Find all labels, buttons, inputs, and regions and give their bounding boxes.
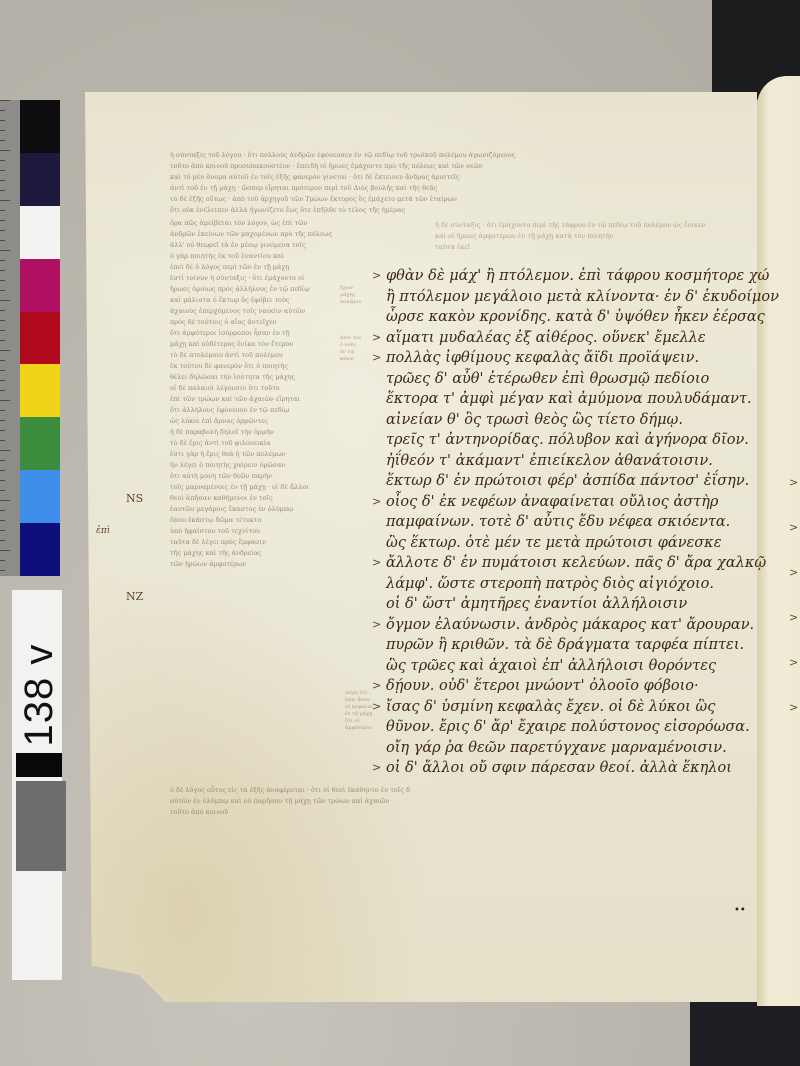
verse-text: ὣς τρῶες καὶ ἀχαιοὶ ἐπ' ἀλλήλοισι θορόντ… bbox=[386, 658, 716, 674]
color-swatch bbox=[20, 417, 60, 470]
ruler-tick bbox=[0, 200, 10, 201]
verse-text: ἄλλοτε δ' ἐν πυμάτοισι κελεύων. πᾶς δ' ἄ… bbox=[386, 555, 766, 571]
ruler-tick bbox=[0, 500, 10, 501]
verse-line: ἢ πτόλεμον μεγάλοιο μετὰ κλίνοντα· ἐν δ'… bbox=[372, 287, 752, 308]
color-swatch bbox=[20, 206, 60, 259]
commentary-line: οἱ δὲ παλαιοὶ λέγουσιν ὅτι τοῦτο bbox=[170, 383, 340, 394]
commentary-line: ἀνδρῶν ἐκείνων τῶν μαχομένων πρὸ τῆς πόλ… bbox=[170, 229, 340, 240]
ruler-tick bbox=[0, 560, 5, 561]
ruler-tick bbox=[0, 240, 5, 241]
commentary-line: ἥρωες ὁμοίως πρὸς ἀλλήλους ἐν τῷ πεδίῳ bbox=[170, 284, 340, 295]
facing-page-marker: > bbox=[789, 656, 798, 669]
verse-line: τρεῖς τ' ἀντηνορίδας. πόλυβον καὶ ἀγήνορ… bbox=[372, 430, 752, 451]
ruler-tick bbox=[0, 190, 5, 191]
verse-text: οἴη γάρ ῥα θεῶν παρετύγχανε μαρναμένοισι… bbox=[386, 740, 727, 756]
verse-line: ἠΐθεόν τ' ἀκάμαντ' ἐπιείκελον ἀθανάτοισι… bbox=[372, 451, 752, 472]
color-calibration-target bbox=[20, 100, 60, 576]
verse-line: ὣς ἕκτωρ. ὁτὲ μέν τε μετὰ πρώτοισι φάνεσ… bbox=[372, 533, 752, 554]
interlinear-gloss: λέγει ὅτιἴσαι ἦσαναἱ κεφαλαὶἐν τῇ μάχῃὅτ… bbox=[345, 690, 373, 732]
color-swatch bbox=[20, 153, 60, 206]
commentary-line: τὸ δὲ πτολέμοιο ἀντὶ τοῦ πολέμου bbox=[170, 350, 340, 361]
diple-marker: > bbox=[372, 328, 381, 349]
facing-page-marker: > bbox=[789, 611, 798, 624]
color-swatch bbox=[20, 312, 60, 365]
verse-text: τρῶες δ' αὖθ' ἑτέρωθεν ἐπὶ θρωσμῷ πεδίοι… bbox=[386, 371, 709, 387]
main-text-block: >φθὰν δὲ μάχ' ἢ πτόλεμον. ἐπὶ τάφρου κοσ… bbox=[372, 266, 752, 779]
color-swatch bbox=[20, 100, 60, 153]
top-commentary-block: ἡ σύνταξις τοῦ λόγου · ὅτι πολλοὺς ἀνδρῶ… bbox=[170, 150, 730, 216]
commentary-line: ὁ δὲ λόγος οὗτος εἰς τὰ ἑξῆς ἀναφέρεται … bbox=[170, 785, 410, 796]
ruler-tick bbox=[0, 260, 5, 261]
ruler-tick bbox=[0, 120, 5, 121]
ruler-tick bbox=[0, 150, 10, 151]
ruler-tick bbox=[0, 520, 5, 521]
commentary-line: αὐτῶν ἐν ὀλύμπῳ καὶ οὐ παρῆσαν τῇ μάχῃ τ… bbox=[170, 796, 410, 807]
commentary-line: ὅπου ἑκάστῳ δῶμα τέτυκτο bbox=[170, 515, 340, 526]
verse-line: λάμφ'. ὥστε στεροπὴ πατρὸς διὸς αἰγιόχοι… bbox=[372, 574, 752, 595]
facing-page-marker: > bbox=[789, 566, 798, 579]
commentary-line: ἀντὶ τοῦ ἐν τῇ μάχῃ · ὥσπερ εἴρηται πρότ… bbox=[170, 183, 730, 194]
folio-label-strip: 138 v bbox=[12, 590, 62, 980]
ruler-tick bbox=[0, 570, 5, 571]
verse-text: οἷος δ' ἐκ νεφέων ἀναφαίνεται οὔλιος ἀστ… bbox=[386, 494, 718, 510]
commentary-line: ἣν λέγει ὁ ποιητὴς χαίρειν ὁρῶσαν bbox=[170, 460, 340, 471]
verse-line: παμφαίνων. τοτὲ δ' αὖτις ἔδυ νέφεα σκιόε… bbox=[372, 512, 752, 533]
ruler-tick bbox=[0, 430, 5, 431]
verse-line: θῦνον. ἔρις δ' ἄρ' ἔχαιρε πολύστονος εἰσ… bbox=[372, 717, 752, 738]
verse-text: οἱ δ' ὥστ' ἀμητῆρες ἐναντίοι ἀλλήλοισιν bbox=[386, 596, 687, 612]
ruler-tick bbox=[0, 320, 5, 321]
verse-text: ἠΐθεόν τ' ἀκάμαντ' ἐπιείκελον ἀθανάτοισι… bbox=[386, 453, 713, 469]
commentary-line: ὅτι οὐκ ἐνέλειπεν ἀλλὰ ἠγωνίζετο ἕως ὅτε… bbox=[170, 205, 730, 216]
facing-page-marker: > bbox=[789, 476, 798, 489]
commentary-line: τοῦτο ἀπὸ κοινοῦ bbox=[170, 807, 410, 818]
color-swatch bbox=[20, 364, 60, 417]
ruler-tick bbox=[0, 530, 5, 531]
commentary-line: ἡ δὲ παραβολὴ δηλοῖ τὴν ὁρμήν bbox=[170, 427, 340, 438]
ruler-tick bbox=[0, 390, 5, 391]
ruler-tick bbox=[0, 480, 5, 481]
commentary-line: ἐστὶ τοίνυν ἡ σύνταξις · ὅτι ἐμάχοντο οἱ bbox=[170, 273, 340, 284]
ruler-tick bbox=[0, 550, 10, 551]
facing-page-marker: > bbox=[789, 701, 798, 714]
verse-text: δῄουν. οὐδ' ἕτεροι μνώοντ' ὀλοοῖο φόβοιο… bbox=[386, 678, 699, 694]
commentary-line: ὅτι ἀλλήλους ἐφόνευον ἐν τῷ πεδίῳ bbox=[170, 405, 340, 416]
ruler-tick bbox=[0, 220, 5, 221]
ruler-tick bbox=[0, 490, 5, 491]
commentary-line: ὡς λύκοι ἐπὶ ἄρνας ὁρμῶντες bbox=[170, 416, 340, 427]
diple-marker: > bbox=[372, 492, 381, 513]
margin-note-ns: NS bbox=[126, 492, 143, 505]
verse-line: οἴη γάρ ῥα θεῶν παρετύγχανε μαρναμένοισι… bbox=[372, 738, 752, 759]
ruler-tick bbox=[0, 420, 5, 421]
diple-marker: > bbox=[372, 553, 381, 574]
commentary-line: ἐπεὶ δὲ ὁ λόγος περὶ τῶν ἐν τῇ μάχῃ bbox=[170, 262, 340, 273]
interlinear-gloss: ἔχωνμάχηςπολέμου bbox=[340, 285, 361, 306]
commentary-line: πρὸς δὲ τούτοις ὁ αἴας ἀντεῖχεν bbox=[170, 317, 340, 328]
ruler-tick bbox=[0, 510, 5, 511]
verse-line: >πολλὰς ἰφθίμους κεφαλὰς ἄϊδι προϊάψειν. bbox=[372, 348, 752, 369]
ruler-tick bbox=[0, 350, 10, 351]
diple-marker: > bbox=[372, 348, 381, 369]
diple-marker: > bbox=[372, 615, 381, 636]
verse-text: αἰνείαν θ' ὃς τρωσὶ θεὸς ὣς τίετο δήμῳ. bbox=[386, 412, 683, 428]
diple-marker: > bbox=[372, 676, 381, 697]
commentary-line: καὶ μάλιστα ὁ ἕκτωρ ὃς ἐφόβει τοὺς bbox=[170, 295, 340, 306]
gloss-block-top: ἡ δὲ σύνταξις · ὅτι ἐμάχοντο περὶ τῆς τά… bbox=[435, 220, 725, 253]
commentary-line: τὸ δὲ ἑξῆς οὕτως · ἀπὸ τοῦ ἀρχηγοῦ τῶν Τ… bbox=[170, 194, 730, 205]
ruler-tick bbox=[0, 300, 10, 301]
verse-line: >δῄουν. οὐδ' ἕτεροι μνώοντ' ὀλοοῖο φόβοι… bbox=[372, 676, 752, 697]
ruler-tick bbox=[0, 160, 5, 161]
commentary-line: μάχῃ καὶ οὐδέτερος ἐνίκα τὸν ἕτερον bbox=[170, 339, 340, 350]
commentary-line: ἀχαιοὺς ἐπερχόμενος τοῖς ναυσὶν αὐτῶν bbox=[170, 306, 340, 317]
ruler-tick bbox=[0, 130, 5, 131]
commentary-line: ἐκ τούτου δὲ φανερὸν ὅτι ὁ ποιητὴς bbox=[170, 361, 340, 372]
ruler-tick bbox=[0, 450, 10, 451]
ink-dots: •• bbox=[734, 905, 746, 916]
color-swatch bbox=[20, 259, 60, 312]
verse-line: >ἴσας δ' ὑσμίνη κεφαλὰς ἔχεν. οἱ δὲ λύκο… bbox=[372, 697, 752, 718]
commentary-line: ὅρα πῶς ἀμείβεται τὸν λόγον, ὡς ἐπὶ τῶν bbox=[170, 218, 340, 229]
folio-number: 138 v bbox=[14, 640, 64, 750]
ruler-tick bbox=[0, 210, 5, 211]
verse-line: οἱ δ' ὥστ' ἀμητῆρες ἐναντίοι ἀλλήλοισιν bbox=[372, 594, 752, 615]
verse-text: φθὰν δὲ μάχ' ἢ πτόλεμον. ἐπὶ τάφρου κοσμ… bbox=[386, 268, 769, 284]
bottom-commentary-block: ὁ δὲ λόγος οὗτος εἰς τὰ ἑξῆς ἀναφέρεται … bbox=[170, 785, 410, 818]
verse-text: παμφαίνων. τοτὲ δ' αὖτις ἔδυ νέφεα σκιόε… bbox=[386, 514, 730, 530]
commentary-line: τοῦτο ἀπὸ κοινοῦ προσυπακουστέον · ἐπειδ… bbox=[170, 161, 730, 172]
ruler-tick bbox=[0, 370, 5, 371]
commentary-line: τὸ δὲ ἔρις ἀντὶ τοῦ φιλονεικία bbox=[170, 438, 340, 449]
commentary-line: ὅτι ἀμφότεροι ἰσόρροποι ἦσαν ἐν τῇ bbox=[170, 328, 340, 339]
verse-text: ὦρσε κακὸν κρονίδης. κατὰ δ' ὑψόθεν ἧκεν… bbox=[386, 309, 765, 325]
commentary-line: θεοὶ ἀπῆσαν καθήμενοι ἐν τοῖς bbox=[170, 493, 340, 504]
ruler-tick bbox=[0, 380, 5, 381]
commentary-line: τοῖς μαρναμένοις ἐν τῇ μάχῃ · οἱ δὲ ἄλλο… bbox=[170, 482, 340, 493]
verse-text: ὣς ἕκτωρ. ὁτὲ μέν τε μετὰ πρώτοισι φάνεσ… bbox=[386, 535, 721, 551]
verse-text: τρεῖς τ' ἀντηνορίδας. πόλυβον καὶ ἀγήνορ… bbox=[386, 432, 749, 448]
facing-page-marker: > bbox=[789, 521, 798, 534]
verse-text: οἱ δ' ἄλλοι οὔ σφιν πάρεσαν θεοί. ἀλλὰ ἕ… bbox=[386, 760, 732, 776]
gray-scale-mid bbox=[16, 781, 66, 871]
verse-line: >οἷος δ' ἐκ νεφέων ἀναφαίνεται οὔλιος ἀσ… bbox=[372, 492, 752, 513]
ruler-tick bbox=[0, 230, 5, 231]
commentary-line: ὅτι αὐτὴ μόνη τῶν θεῶν παρῆν bbox=[170, 471, 340, 482]
left-commentary-block: ὅρα πῶς ἀμείβεται τὸν λόγον, ὡς ἐπὶ τῶνἀ… bbox=[170, 218, 340, 570]
ruler-tick bbox=[0, 340, 5, 341]
color-swatch bbox=[20, 523, 60, 576]
verse-line: πυρῶν ἢ κριθῶν. τὰ δὲ δράγματα ταρφέα πί… bbox=[372, 635, 752, 656]
ruler-tick bbox=[0, 460, 5, 461]
margin-note-nz: NZ bbox=[126, 590, 143, 603]
verse-line: >αἵματι μυδαλέας ἐξ αἰθέρος. οὕνεκ' ἔμελ… bbox=[372, 328, 752, 349]
ruler-tick bbox=[0, 470, 5, 471]
commentary-line: ἡ σύνταξις τοῦ λόγου · ὅτι πολλοὺς ἀνδρῶ… bbox=[170, 150, 730, 161]
color-swatch bbox=[20, 470, 60, 523]
verse-line: >ὄγμον ἐλαύνωσιν. ἀνδρὸς μάκαρος κατ' ἄρ… bbox=[372, 615, 752, 636]
ruler-tick bbox=[0, 180, 5, 181]
verse-text: ἴσας δ' ὑσμίνη κεφαλὰς ἔχεν. οἱ δὲ λύκοι… bbox=[386, 699, 715, 715]
verse-line: τρῶες δ' αὖθ' ἑτέρωθεν ἐπὶ θρωσμῷ πεδίοι… bbox=[372, 369, 752, 390]
ruler-tick bbox=[0, 540, 5, 541]
verse-line: >οἱ δ' ἄλλοι οὔ σφιν πάρεσαν θεοί. ἀλλὰ … bbox=[372, 758, 752, 779]
commentary-line: ἀλλ' οὐ θεωρεῖ τὰ ἐν μέσῳ γινόμενα τοῖς bbox=[170, 240, 340, 251]
ruler-tick bbox=[0, 170, 5, 171]
ruler-tick bbox=[0, 360, 5, 361]
ruler-tick bbox=[0, 290, 5, 291]
diple-marker: > bbox=[372, 266, 381, 287]
ruler-tick bbox=[0, 110, 5, 111]
commentary-line: καὶ τὸ μὲν ὄνομα αὐτοῦ ἐν τοῖς ἑξῆς φανε… bbox=[170, 172, 730, 183]
commentary-line: ὁ γὰρ ποιητὴς ἐκ τοῦ ἐναντίου καὶ bbox=[170, 251, 340, 262]
verse-text: πολλὰς ἰφθίμους κεφαλὰς ἄϊδι προϊάψειν. bbox=[386, 350, 699, 366]
verse-text: ἕκτωρ δ' ἐν πρώτοισι φέρ' ἀσπίδα πάντοσ'… bbox=[386, 473, 749, 489]
commentary-line: τῆς μάχης καὶ τῆς ἀνδρείας bbox=[170, 548, 340, 559]
margin-note-epi: ἐπὶ bbox=[96, 526, 110, 536]
verse-text: ὄγμον ἐλαύνωσιν. ἀνδρὸς μάκαρος κατ' ἄρο… bbox=[386, 617, 754, 633]
diple-marker: > bbox=[372, 697, 381, 718]
ruler-tick bbox=[0, 410, 5, 411]
commentary-line: θέλει δηλῶσαι τὴν ἰσότητα τῆς μάχης bbox=[170, 372, 340, 383]
verse-line: ἕκτωρ δ' ἐν πρώτοισι φέρ' ἀσπίδα πάντοσ'… bbox=[372, 471, 752, 492]
ruler-tick bbox=[0, 250, 10, 251]
verse-line: ἕκτορα τ' ἀμφὶ μέγαν καὶ ἀμύμονα πουλυδά… bbox=[372, 389, 752, 410]
ruler-tick bbox=[0, 330, 5, 331]
verse-text: πυρῶν ἢ κριθῶν. τὰ δὲ δράγματα ταρφέα πί… bbox=[386, 637, 744, 653]
verse-line: ὦρσε κακὸν κρονίδης. κατὰ δ' ὑψόθεν ἧκεν… bbox=[372, 307, 752, 328]
verse-line: >φθὰν δὲ μάχ' ἢ πτόλεμον. ἐπὶ τάφρου κοσ… bbox=[372, 266, 752, 287]
interlinear-gloss: ἀντὶ τοῦὁ νοῦςἐν τῷφόνῳ bbox=[340, 335, 362, 363]
commentary-line: ἐπὶ τῶν τρώων καὶ τῶν ἀχαιῶν εἴρηται bbox=[170, 394, 340, 405]
ruler-tick bbox=[0, 100, 10, 101]
verse-line: ὣς τρῶες καὶ ἀχαιοὶ ἐπ' ἀλλήλοισι θορόντ… bbox=[372, 656, 752, 677]
verse-text: αἵματι μυδαλέας ἐξ αἰθέρος. οὕνεκ' ἔμελλ… bbox=[386, 330, 706, 346]
ruler-tick bbox=[0, 140, 5, 141]
verse-text: ἕκτορα τ' ἀμφὶ μέγαν καὶ ἀμύμονα πουλυδά… bbox=[386, 391, 752, 407]
facing-page-edge: >>>>>> bbox=[757, 76, 800, 1006]
ruler-tick bbox=[0, 280, 5, 281]
verse-text: λάμφ'. ὥστε στεροπὴ πατρὸς διὸς αἰγιόχοι… bbox=[386, 576, 714, 592]
ruler-tick bbox=[0, 440, 5, 441]
verse-text: θῦνον. ἔρις δ' ἄρ' ἔχαιρε πολύστονος εἰσ… bbox=[386, 719, 750, 735]
commentary-line: ἑαυτῶν μεγάροις ἕκαστος ἐν ὀλύμπῳ bbox=[170, 504, 340, 515]
commentary-line: ἐστι γὰρ ἡ ἔρις θεὰ ἡ τῶν πολέμων bbox=[170, 449, 340, 460]
ruler-tick bbox=[0, 270, 5, 271]
measurement-ruler bbox=[0, 100, 21, 576]
commentary-line: ὑπὸ ἡφαίστου τοῦ τεχνίτου bbox=[170, 526, 340, 537]
verse-line: αἰνείαν θ' ὃς τρωσὶ θεὸς ὣς τίετο δήμῳ. bbox=[372, 410, 752, 431]
commentary-line: τῶν ἡρώων ἀμφοτέρων bbox=[170, 559, 340, 570]
verse-line: >ἄλλοτε δ' ἐν πυμάτοισι κελεύων. πᾶς δ' … bbox=[372, 553, 752, 574]
verse-text: ἢ πτόλεμον μεγάλοιο μετὰ κλίνοντα· ἐν δ'… bbox=[386, 289, 779, 305]
ruler-tick bbox=[0, 400, 10, 401]
ruler-tick bbox=[0, 310, 5, 311]
commentary-line: ταῦτα δὲ λέγει πρὸς ἔμφασιν bbox=[170, 537, 340, 548]
gray-scale-black bbox=[16, 753, 62, 777]
diple-marker: > bbox=[372, 758, 381, 779]
